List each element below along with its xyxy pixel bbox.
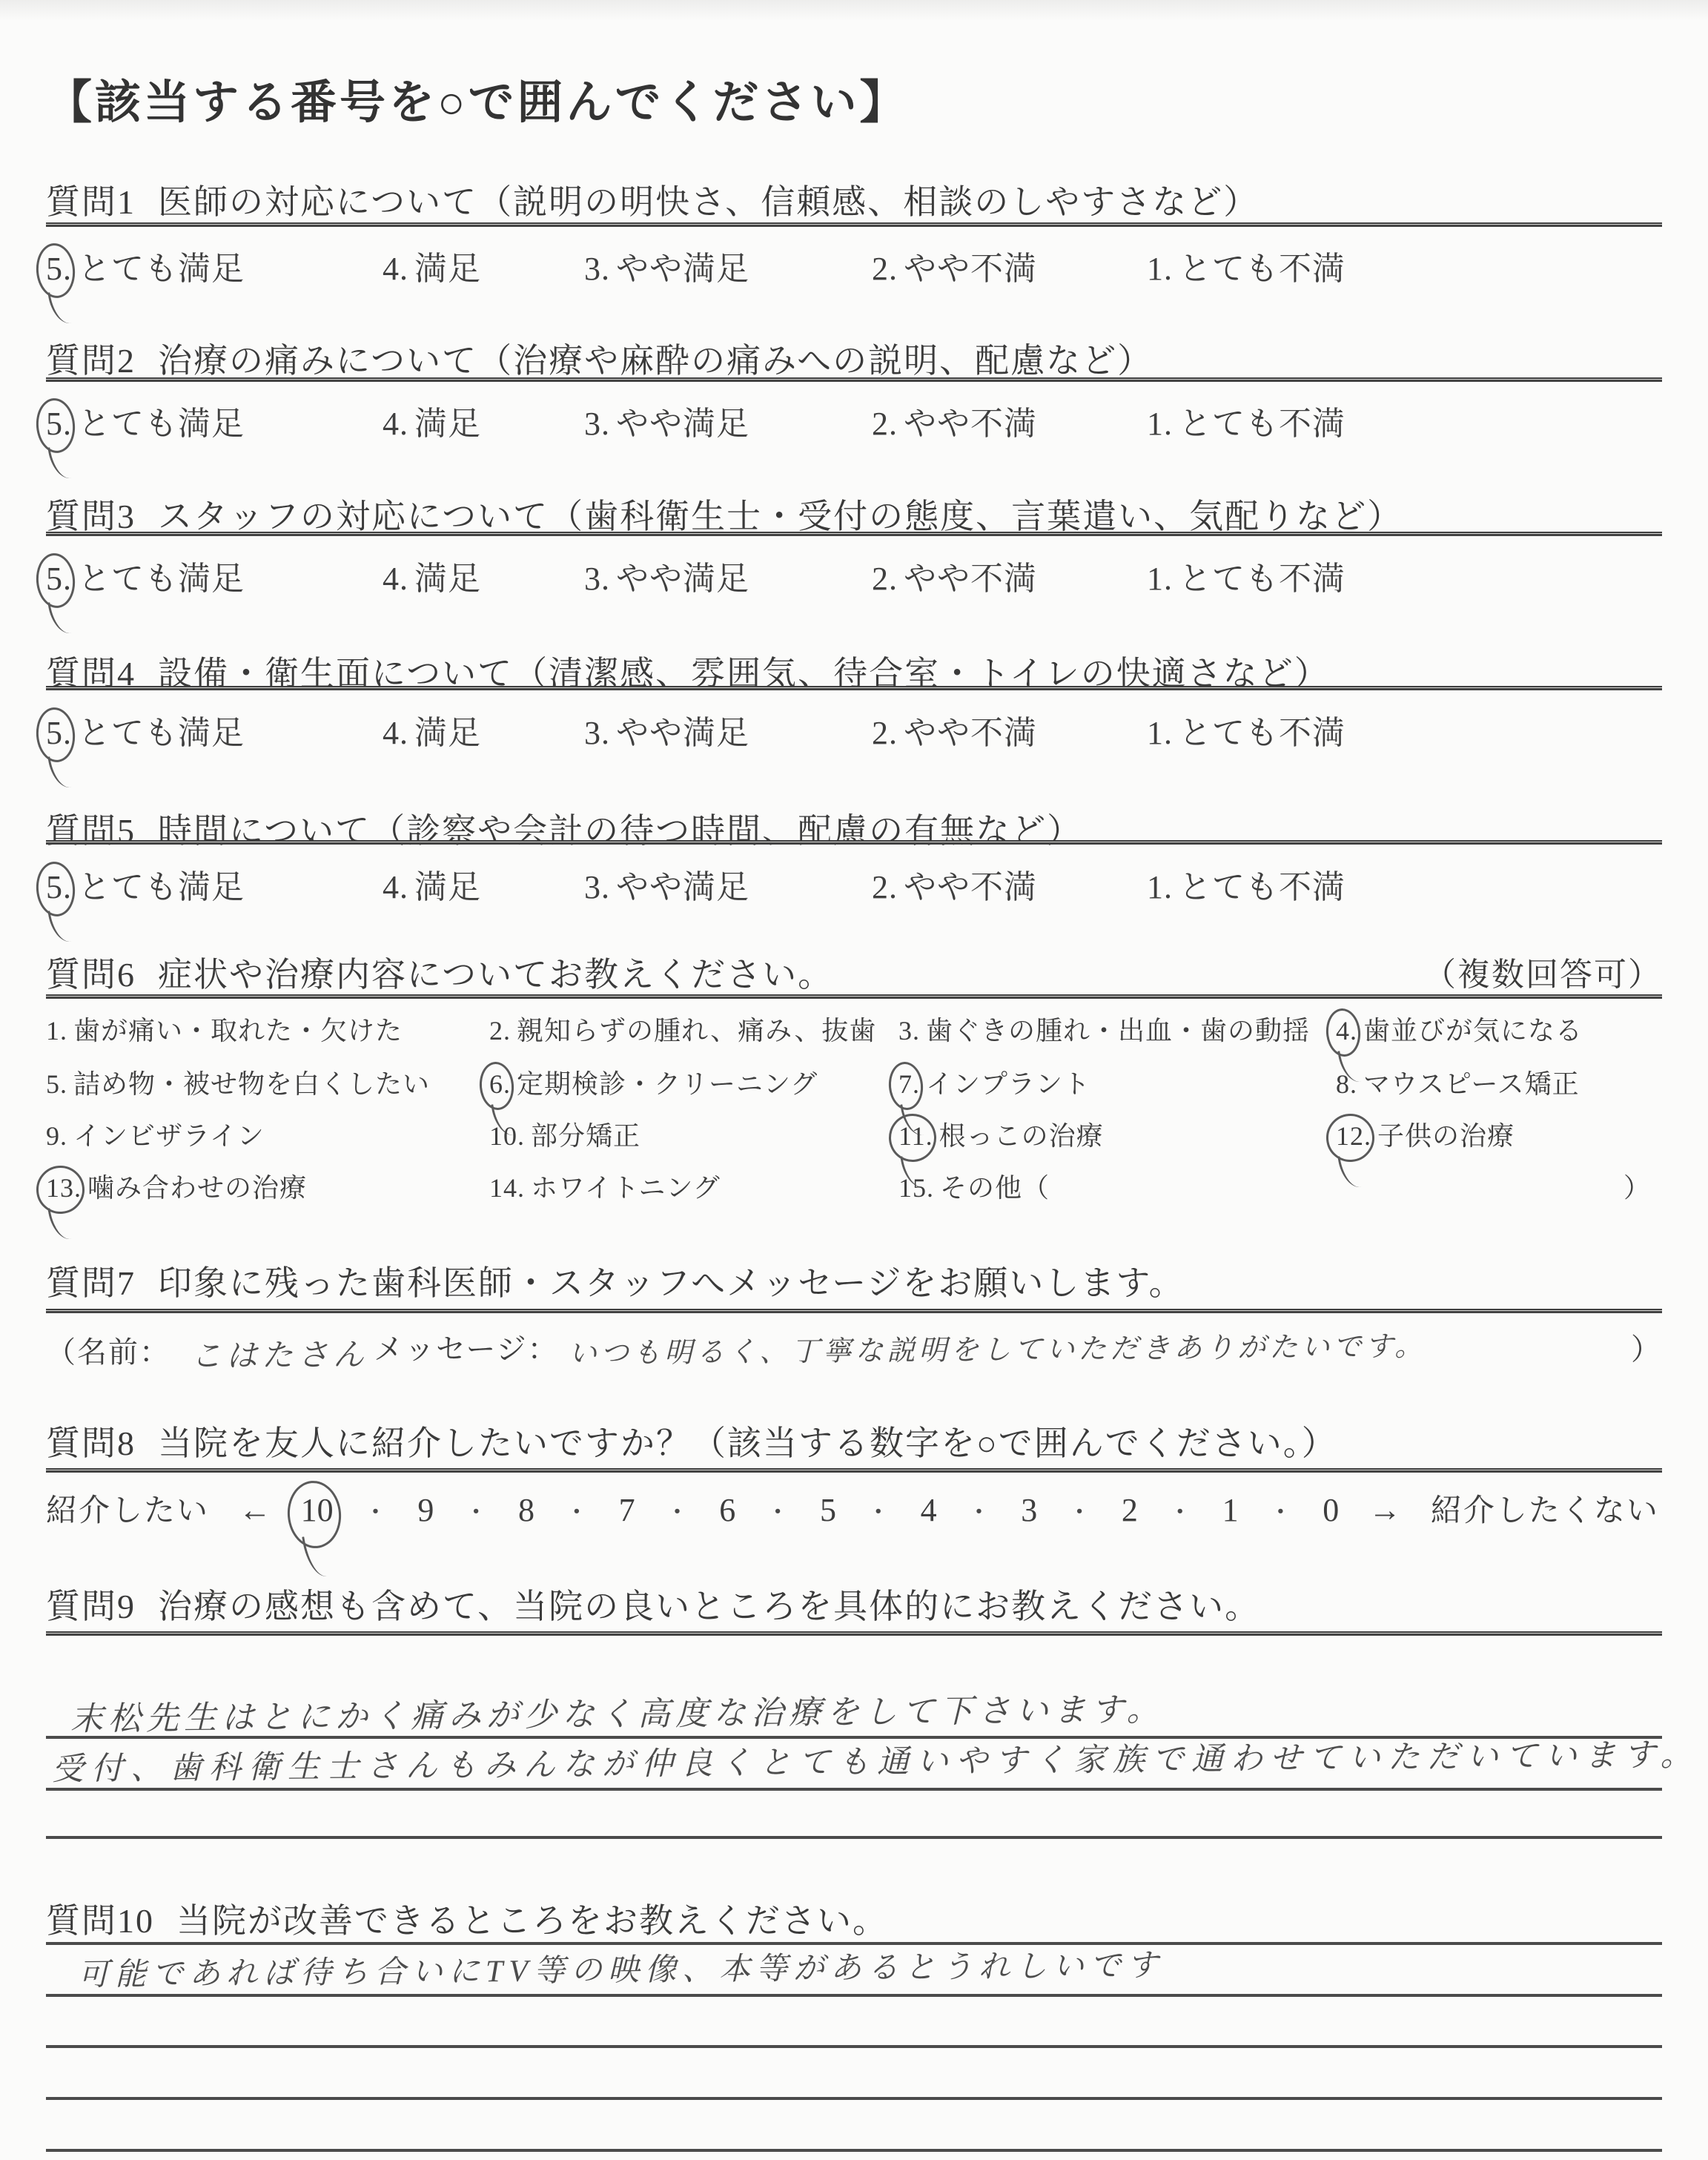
q1-option-2: 2.やや不満 <box>872 242 1037 289</box>
option-number: 5. <box>46 869 72 905</box>
answer-ruled-line <box>46 1788 1662 1791</box>
question-3-title: スタッフの対応について（歯科衛生士・受付の態度、言葉遣い、気配りなど） <box>158 498 1403 535</box>
handwritten-circle: 4. <box>1336 1015 1357 1046</box>
question-3-options: 5.とても満足 4.満足 3.やや満足 2.やや不満 1.とても不満 <box>46 552 1662 599</box>
q1-option-5: 5.とても満足 <box>46 242 245 289</box>
left-arrow-icon: ← <box>239 1491 271 1529</box>
q6-item-12: 12.子供の治療 <box>1336 1115 1515 1153</box>
ruled-line <box>46 840 1662 845</box>
question-9-title: 治療の感想も含めて、当院の良いところを具体的にお教えください。 <box>158 1588 1260 1625</box>
name-handwritten-value: こはたさん <box>191 1330 369 1376</box>
name-field-label: （名前： <box>46 1329 171 1371</box>
q6-item-10: 10.部分矯正 <box>489 1115 640 1153</box>
q6-row-2: 5.詰め物・被せ物を白くしたい 6.定期検診・クリーニング 7.インプラント 8… <box>46 1063 1662 1103</box>
question-10-header: 質問10当院が改善できるところをお教えください。 <box>46 1894 888 1943</box>
multiple-answers-note: （複数回答可） <box>1423 948 1662 995</box>
option-label: とても不満 <box>1179 715 1345 751</box>
item-label: マウスピース矯正 <box>1363 1069 1580 1099</box>
option-label: とても不満 <box>1179 406 1345 442</box>
option-number: 4. <box>383 251 408 287</box>
question-2-options: 5.とても満足 4.満足 3.やや満足 2.やや不満 1.とても不満 <box>46 397 1662 444</box>
nps-value-5: 5 <box>820 1491 836 1529</box>
question-6-title: 症状や治療内容についてお教えください。 <box>158 956 833 994</box>
option-number: 4. <box>383 715 408 751</box>
item-label: 部分矯正 <box>531 1121 640 1151</box>
q2-option-2: 2.やや不満 <box>872 397 1037 444</box>
item-label: 歯ぐきの腫れ・出血・歯の動揺 <box>926 1016 1310 1046</box>
q5-option-5: 5.とても満足 <box>46 860 245 908</box>
q9-handwritten-answer-line-1: 末松先生はとにかく痛みが少なく高度な治療をして下さいます。 <box>70 1682 1165 1740</box>
ruled-line <box>46 222 1662 227</box>
nps-value-3: 3 <box>1021 1491 1037 1529</box>
handwritten-circle: 13. <box>46 1172 82 1203</box>
question-3-label: 質問3 <box>46 498 136 535</box>
option-number: 1. <box>1147 251 1173 287</box>
q6-item-6: 6.定期検診・クリーニング <box>489 1063 818 1101</box>
question-6-label: 質問6 <box>46 956 136 994</box>
item-label: ホワイトニング <box>531 1173 721 1203</box>
option-number: 3. <box>584 715 610 751</box>
q3-option-3: 3.やや満足 <box>584 552 749 599</box>
q6-item-8: 8.マウスピース矯正 <box>1336 1063 1580 1101</box>
q4-option-3: 3.やや満足 <box>584 706 749 753</box>
q6-row-4: 13.噛み合わせの治療 14.ホワイトニング 15.その他（ ） <box>46 1167 1662 1207</box>
ruled-line <box>46 1468 1662 1473</box>
message-field-label: メッセージ： <box>374 1326 559 1368</box>
nps-value-4: 4 <box>921 1491 937 1529</box>
option-label: やや不満 <box>904 406 1037 442</box>
option-label: とても満足 <box>78 406 245 442</box>
option-label: やや満足 <box>616 406 749 442</box>
question-8-header: 質問8当院を友人に紹介したいですか？（該当する数字を○で囲んでください。） <box>46 1416 1337 1465</box>
option-label: やや不満 <box>904 715 1037 751</box>
item-label: 詰め物・被せ物を白くしたい <box>73 1069 430 1099</box>
q2-option-5: 5.とても満足 <box>46 397 245 444</box>
handwritten-circle: 7. <box>898 1069 920 1100</box>
option-number: 2. <box>872 869 898 905</box>
question-2-title: 治療の痛みについて（治療や麻酔の痛みへの説明、配慮など） <box>158 342 1153 380</box>
option-label: とても不満 <box>1179 561 1345 597</box>
form-title: 【該当する番号を○で囲んでください】 <box>46 65 908 131</box>
handwritten-circle: 5. <box>46 405 72 443</box>
handwritten-circle: 11. <box>898 1120 933 1152</box>
question-10-label: 質問10 <box>46 1902 154 1940</box>
question-7-title: 印象に残った歯科医師・スタッフへメッセージをお願いします。 <box>158 1264 1185 1302</box>
item-number: 2. <box>489 1016 511 1046</box>
option-number: 5. <box>46 715 72 751</box>
option-label: 満足 <box>414 406 481 442</box>
option-number: 4. <box>383 561 408 597</box>
option-number: 1. <box>1147 715 1173 751</box>
item-number: 5. <box>46 1069 67 1099</box>
q2-option-1: 1.とても不満 <box>1147 397 1345 444</box>
question-9-label: 質問9 <box>46 1588 136 1625</box>
q6-row-1: 1.歯が痛い・取れた・欠けた 2.親知らずの腫れ、痛み、抜歯 3.歯ぐきの腫れ・… <box>46 1010 1662 1050</box>
q6-item-2: 2.親知らずの腫れ、痛み、抜歯 <box>489 1010 876 1048</box>
nps-value-7: 7 <box>619 1491 635 1529</box>
question-6-header: 質問6症状や治療内容についてお教えください。 （複数回答可） <box>46 948 1662 997</box>
option-label: やや不満 <box>904 869 1037 905</box>
nps-value-9: 9 <box>417 1491 434 1529</box>
question-7-header: 質問7印象に残った歯科医師・スタッフへメッセージをお願いします。 <box>46 1256 1185 1305</box>
question-4-options: 5.とても満足 4.満足 3.やや満足 2.やや不満 1.とても不満 <box>46 706 1662 753</box>
q6-item-11: 11.根っこの治療 <box>898 1115 1104 1153</box>
q6-item-1: 1.歯が痛い・取れた・欠けた <box>46 1010 403 1048</box>
ruled-line <box>46 377 1662 382</box>
q4-option-1: 1.とても不満 <box>1147 706 1345 753</box>
dot-separator: ・ <box>966 1492 991 1528</box>
answer-ruled-line <box>46 2045 1662 2048</box>
ruled-line <box>46 532 1662 536</box>
message-handwritten-value: いつも明るく、丁寧な説明をしていただきありがたいです。 <box>569 1323 1427 1371</box>
q3-option-1: 1.とても不満 <box>1147 552 1345 599</box>
dot-separator: ・ <box>866 1492 891 1528</box>
q5-option-4: 4.満足 <box>383 860 481 908</box>
answer-ruled-line <box>46 2097 1662 2100</box>
answer-ruled-line <box>46 1994 1662 1997</box>
q6-item-15: 15.その他（ <box>898 1167 1050 1205</box>
question-5-options: 5.とても満足 4.満足 3.やや満足 2.やや不満 1.とても不満 <box>46 860 1662 908</box>
q2-option-4: 4.満足 <box>383 397 481 444</box>
ruled-line <box>46 994 1662 999</box>
option-number: 2. <box>872 406 898 442</box>
option-number: 1. <box>1147 869 1173 905</box>
option-label: やや満足 <box>616 251 749 287</box>
q2-option-3: 3.やや満足 <box>584 397 749 444</box>
q5-option-1: 1.とても不満 <box>1147 860 1345 908</box>
option-number: 1. <box>1147 561 1173 597</box>
handwritten-circle: 5. <box>46 868 72 906</box>
option-label: 満足 <box>414 251 481 287</box>
item-number: 14. <box>489 1173 525 1203</box>
item-label: 歯並びが気になる <box>1363 1016 1583 1046</box>
item-number: 12. <box>1336 1121 1371 1151</box>
question-2-header: 質問2治療の痛みについて（治療や麻酔の痛みへの説明、配慮など） <box>46 334 1153 383</box>
item-number: 15. <box>898 1173 934 1203</box>
survey-form-scan: 【該当する番号を○で囲んでください】 質問1医師の対応について（説明の明快さ、信… <box>0 0 1708 2160</box>
item-number: 10. <box>489 1121 525 1151</box>
option-label: とても満足 <box>78 869 245 905</box>
nps-scale: 紹介したい ← 10 ・ 9 ・ 8 ・ 7 ・ 6 ・ 5 ・ 4 ・ 3 ・… <box>46 1486 1659 1530</box>
item-number: 13. <box>46 1173 82 1203</box>
q3-option-2: 2.やや不満 <box>872 552 1037 599</box>
item-number: 7. <box>898 1069 920 1099</box>
nps-right-label: 紹介したくない <box>1431 1486 1659 1530</box>
item-label: 親知らずの腫れ、痛み、抜歯 <box>517 1016 876 1046</box>
q5-option-2: 2.やや不満 <box>872 860 1037 908</box>
option-number: 3. <box>584 561 610 597</box>
q6-item-9: 9.インビザライン <box>46 1115 265 1153</box>
q5-option-3: 3.やや満足 <box>584 860 749 908</box>
option-label: やや不満 <box>904 561 1037 597</box>
item-label: インビザライン <box>73 1121 265 1151</box>
item-number: 11. <box>898 1121 933 1151</box>
dot-separator: ・ <box>1168 1492 1193 1528</box>
item-label: 根っこの治療 <box>939 1121 1104 1151</box>
option-label: とても満足 <box>78 561 245 597</box>
q6-item-3: 3.歯ぐきの腫れ・出血・歯の動揺 <box>898 1010 1310 1048</box>
q6-item-5: 5.詰め物・被せ物を白くしたい <box>46 1063 430 1101</box>
item-label: インプラント <box>926 1069 1090 1099</box>
nps-value-10: 10 <box>301 1492 334 1528</box>
dot-separator: ・ <box>463 1492 489 1528</box>
handwritten-circle: 10 <box>301 1491 334 1529</box>
option-number: 2. <box>872 715 898 751</box>
nps-value-1: 1 <box>1222 1491 1239 1529</box>
ruled-line <box>46 686 1662 690</box>
option-number: 3. <box>584 251 610 287</box>
q3-option-4: 4.満足 <box>383 552 481 599</box>
q7-answer-line: （名前： こはたさん メッセージ： いつも明るく、丁寧な説明をしていただきありが… <box>46 1324 1662 1391</box>
option-number: 1. <box>1147 406 1173 442</box>
right-arrow-icon: → <box>1368 1491 1401 1529</box>
option-number: 5. <box>46 561 72 597</box>
item-number: 9. <box>46 1121 67 1151</box>
q1-option-1: 1.とても不満 <box>1147 242 1345 289</box>
option-label: やや満足 <box>616 561 749 597</box>
option-number: 5. <box>46 251 72 287</box>
item-label: 歯が痛い・取れた・欠けた <box>73 1016 403 1046</box>
question-5-header: 質問5時間について（診察や会計の待つ時間、配慮の有無など） <box>46 804 1082 853</box>
dot-separator: ・ <box>664 1492 689 1528</box>
answer-ruled-line <box>46 1836 1662 1839</box>
item-label: 子供の治療 <box>1377 1121 1515 1151</box>
q6-item-7: 7.インプラント <box>898 1063 1090 1101</box>
item-number: 6. <box>489 1069 511 1099</box>
option-number: 2. <box>872 251 898 287</box>
q6-item-13: 13.噛み合わせの治療 <box>46 1167 307 1205</box>
option-number: 3. <box>584 406 610 442</box>
nps-value-6: 6 <box>719 1491 735 1529</box>
handwritten-circle: 6. <box>489 1069 511 1100</box>
option-number: 4. <box>383 869 408 905</box>
dot-separator: ・ <box>1067 1492 1092 1528</box>
nps-left-label: 紹介したい <box>46 1486 209 1530</box>
nps-value-0: 0 <box>1323 1491 1339 1529</box>
question-1-header: 質問1医師の対応について（説明の明快さ、信頼感、相談のしやすさなど） <box>46 175 1259 224</box>
option-label: とても不満 <box>1179 869 1345 905</box>
ruled-line <box>46 1631 1662 1636</box>
option-label: やや不満 <box>904 251 1037 287</box>
option-label: とても満足 <box>78 715 245 751</box>
q4-option-5: 5.とても満足 <box>46 706 245 753</box>
q1-option-4: 4.満足 <box>383 242 481 289</box>
handwritten-circle: 12. <box>1336 1120 1371 1152</box>
q1-option-3: 3.やや満足 <box>584 242 749 289</box>
question-7-label: 質問7 <box>46 1264 136 1302</box>
q10-handwritten-answer: 可能であれば待ち合いにTV等の映像、本等があるとうれしいです <box>78 1941 1164 1995</box>
item-number: 1. <box>46 1016 67 1046</box>
option-number: 3. <box>584 869 610 905</box>
handwritten-circle: 5. <box>46 250 72 288</box>
dot-separator: ・ <box>564 1492 589 1528</box>
option-label: 満足 <box>414 869 481 905</box>
ruled-line <box>46 1309 1662 1313</box>
item-number: 4. <box>1336 1016 1357 1046</box>
option-number: 2. <box>872 561 898 597</box>
question-9-header: 質問9治療の感想も含めて、当院の良いところを具体的にお教えください。 <box>46 1579 1260 1628</box>
question-8-label: 質問8 <box>46 1424 136 1462</box>
option-label: とても不満 <box>1179 251 1345 287</box>
q4-option-4: 4.満足 <box>383 706 481 753</box>
q4-option-2: 2.やや不満 <box>872 706 1037 753</box>
question-2-label: 質問2 <box>46 342 136 380</box>
question-1-label: 質問1 <box>46 183 136 221</box>
option-label: 満足 <box>414 561 481 597</box>
option-number: 4. <box>383 406 408 442</box>
question-1-title: 医師の対応について（説明の明快さ、信頼感、相談のしやすさなど） <box>158 183 1259 221</box>
dot-separator: ・ <box>1268 1492 1293 1528</box>
option-label: とても満足 <box>78 251 245 287</box>
handwritten-circle: 5. <box>46 560 72 598</box>
q6-item-4: 4.歯並びが気になる <box>1336 1010 1583 1048</box>
handwritten-circle: 5. <box>46 714 72 752</box>
q6-row-3: 9.インビザライン 10.部分矯正 11.根っこの治療 12.子供の治療 <box>46 1115 1662 1155</box>
item-number: 8. <box>1336 1069 1357 1099</box>
option-label: やや満足 <box>616 715 749 751</box>
q7-close-paren: ） <box>1631 1326 1662 1368</box>
option-label: やや満足 <box>616 869 749 905</box>
question-10-title: 当院が改善できるところをお教えください。 <box>176 1902 888 1940</box>
option-number: 5. <box>46 406 72 442</box>
question-1-options: 5.とても満足 4.満足 3.やや満足 2.やや不満 1.とても不満 <box>46 242 1662 289</box>
dot-separator: ・ <box>363 1492 388 1528</box>
dot-separator: ・ <box>765 1492 790 1528</box>
answer-ruled-line <box>46 2149 1662 2152</box>
q3-option-5: 5.とても満足 <box>46 552 245 599</box>
option-label: 満足 <box>414 715 481 751</box>
nps-value-2: 2 <box>1122 1491 1138 1529</box>
q6-other-close-paren: ） <box>1623 1167 1651 1205</box>
q6-item-14: 14.ホワイトニング <box>489 1167 721 1205</box>
item-label: 定期検診・クリーニング <box>517 1069 818 1099</box>
question-8-title: 当院を友人に紹介したいですか？（該当する数字を○で囲んでください。） <box>158 1424 1337 1462</box>
nps-value-8: 8 <box>518 1491 534 1529</box>
item-number: 3. <box>898 1016 920 1046</box>
item-label: 噛み合わせの治療 <box>87 1173 307 1203</box>
item-label: その他（ <box>940 1173 1050 1203</box>
